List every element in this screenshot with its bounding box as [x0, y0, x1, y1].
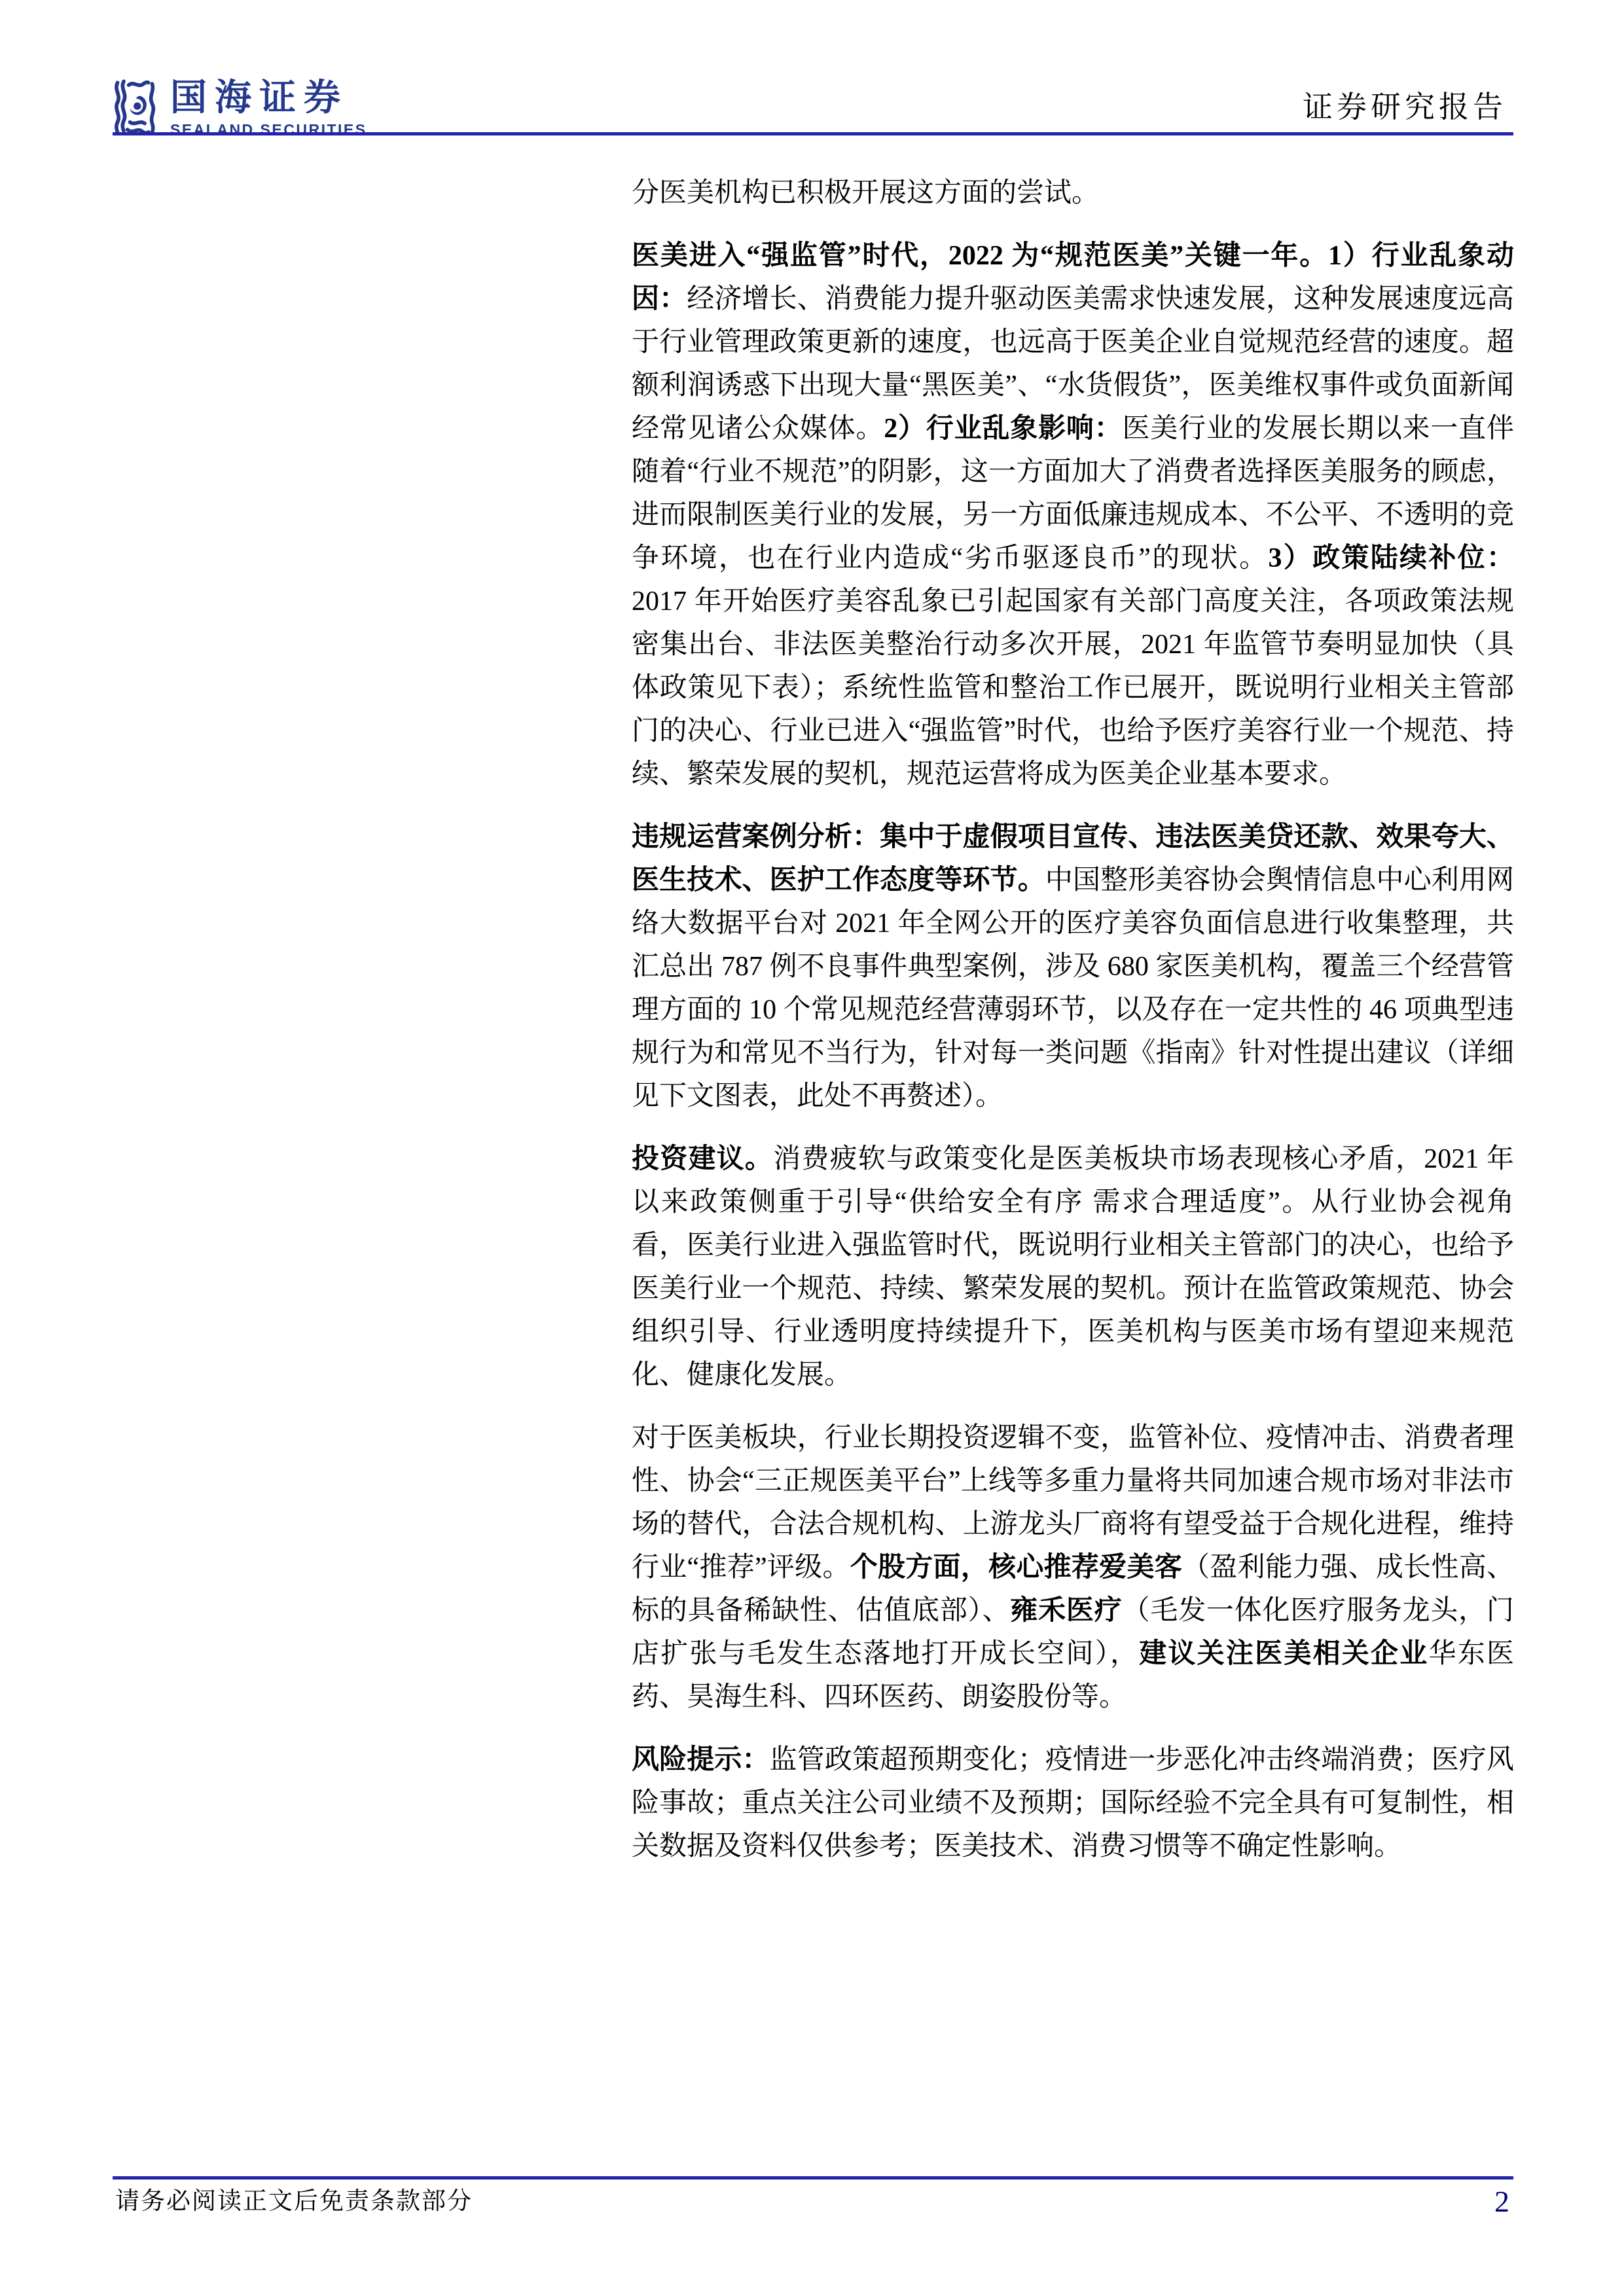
header-rule: [113, 132, 1513, 135]
logo-names: 国海证券 SEALAND SECURITIES: [170, 77, 367, 139]
page-number: 2: [1494, 2186, 1509, 2217]
footer-rule: [113, 2176, 1513, 2179]
body-text-bold: 投资建议。: [632, 1144, 773, 1174]
body-paragraph: 风险提示：监管政策超预期变化；疫情进一步恶化冲击终端消费；医疗风险事故；重点关注…: [632, 1738, 1514, 1868]
body-paragraph: 医美进入“强监管”时代，2022 为“规范医美”关键一年。1）行业乱象动因：经济…: [632, 234, 1514, 796]
disclaimer-text: 请务必阅读正文后免责条款部分: [115, 2186, 473, 2217]
body-text: 分医美机构已积极开展这方面的尝试。: [632, 178, 1099, 208]
footer: 请务必阅读正文后免责条款部分 2: [115, 2186, 1509, 2217]
body-paragraph: 对于医美板块，行业长期投资逻辑不变，监管补位、疫情冲击、消费者理性、协会“三正规…: [632, 1416, 1514, 1719]
body-text: 中国整形美容协会舆情信息中心利用网络大数据平台对 2021 年全网公开的医疗美容…: [632, 865, 1514, 1111]
company-name-en: SEALAND SECURITIES: [170, 121, 367, 139]
body-text-bold: 2）行业乱象影响：: [884, 414, 1122, 444]
body-text-bold: 建议关注医美相关企业: [1139, 1639, 1428, 1669]
body-text-bold: 3）政策陆续补位：: [1268, 543, 1514, 573]
body-text: 2017 年开始医疗美容乱象已引起国家有关部门高度关注，各项政策法规密集出台、非…: [632, 586, 1514, 789]
company-name-cn: 国海证券: [170, 77, 367, 118]
sealand-logo: 国海证券 SEALAND SECURITIES: [113, 77, 367, 139]
report-body: 分医美机构已积极开展这方面的尝试。医美进入“强监管”时代，2022 为“规范医美…: [632, 171, 1514, 1888]
body-text-bold: 个股方面，核心推荐爱美客: [850, 1552, 1182, 1583]
body-text: 消费疲软与政策变化是医美板块市场表现核心矛盾，2021 年以来政策侧重于引导“供…: [632, 1144, 1514, 1390]
body-paragraph: 分医美机构已积极开展这方面的尝试。: [632, 171, 1514, 215]
body-paragraph: 违规运营案例分析：集中于虚假项目宣传、违法医美贷还款、效果夸大、医生技术、医护工…: [632, 816, 1514, 1118]
body-text-bold: 风险提示：: [632, 1745, 770, 1775]
body-paragraph: 投资建议。消费疲软与政策变化是医美板块市场表现核心矛盾，2021 年以来政策侧重…: [632, 1138, 1514, 1397]
report-page: 国海证券 SEALAND SECURITIES 证券研究报告 分医美机构已积极开…: [0, 0, 1624, 2296]
report-type-label: 证券研究报告: [1303, 90, 1507, 124]
body-text-bold: 雍禾医疗: [1010, 1596, 1122, 1626]
sealand-wave-logo-icon: [113, 77, 157, 137]
